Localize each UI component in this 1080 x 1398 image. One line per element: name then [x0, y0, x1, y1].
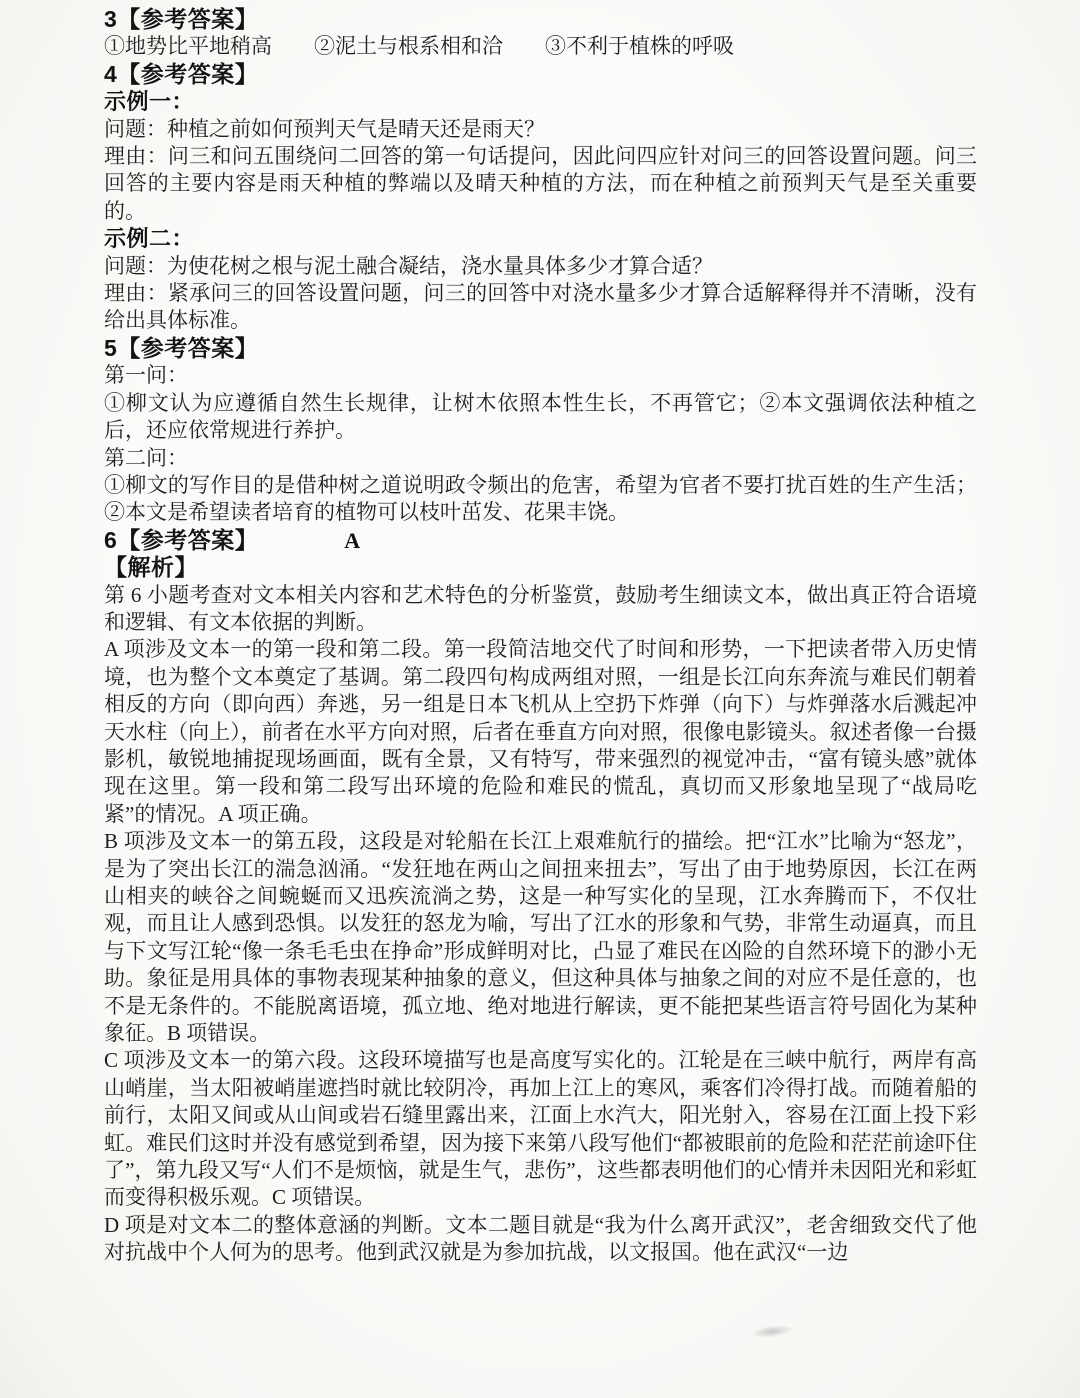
paragraph: 第 6 小题考查对文本相关内容和艺术特色的分析鉴赏，鼓励考生细读文本，做出真正符…: [104, 582, 977, 637]
paragraph: D 项是对文本二的整体意涵的判断。文本二题目就是“我为什么离开武汉”，老舍细致交…: [104, 1212, 977, 1267]
answer-line-label: 6【参考答案】: [104, 527, 258, 553]
paragraph: ①柳文的写作目的是借种树之道说明政令频出的危害，希望为官者不要打扰百姓的生产生活…: [104, 472, 977, 527]
paragraph: B 项涉及文本一的第五段，这段是对轮船在长江上艰难航行的描绘。把“江水”比喻为“…: [104, 828, 977, 1047]
section-heading: 3【参考答案】: [104, 6, 977, 33]
section-heading: 5【参考答案】: [104, 335, 977, 362]
paragraph: 问题：种植之前如何预判天气是晴天还是雨天？: [104, 116, 977, 143]
document: 3【参考答案】①地势比平地稍高 ②泥土与根系相和洽 ③不利于植株的呼吸4【参考答…: [104, 6, 977, 1267]
paragraph: ①地势比平地稍高 ②泥土与根系相和洽 ③不利于植株的呼吸: [104, 33, 977, 60]
answer-line: 6【参考答案】A: [104, 527, 977, 554]
paragraph: A 项涉及文本一的第一段和第二段。第一段简洁地交代了时间和形势，一下把读者带入历…: [104, 636, 977, 828]
section-heading: 【解析】: [104, 554, 977, 581]
scanned-answer-page: 3【参考答案】①地势比平地稍高 ②泥土与根系相和洽 ③不利于植株的呼吸4【参考答…: [0, 0, 1080, 1398]
scan-smudge-artifact: [751, 1324, 792, 1340]
paragraph: 第一问：: [104, 362, 977, 389]
paragraph: 理由：问三和问五围绕问二回答的第一句话提问，因此问四应针对问三的回答设置问题。问…: [104, 143, 977, 225]
paragraph: 问题：为使花树之根与泥土融合凝结，浇水量具体多少才算合适？: [104, 253, 977, 280]
answer-choice: A: [344, 528, 360, 553]
paragraph: C 项涉及文本一的第六段。这段环境描写也是高度写实化的。江轮是在三峡中航行，两岸…: [104, 1047, 977, 1211]
sub-heading: 示例二：: [104, 225, 977, 252]
paragraph: ①柳文认为应遵循自然生长规律，让树木依照本性生长，不再管它；②本文强调依法种植之…: [104, 390, 977, 445]
paragraph: 理由：紧承问三的回答设置问题，问三的回答中对浇水量多少才算合适解释得并不清晰，没…: [104, 280, 977, 335]
section-heading: 4【参考答案】: [104, 61, 977, 88]
paragraph: 第二问：: [104, 445, 977, 472]
sub-heading: 示例一：: [104, 88, 977, 115]
